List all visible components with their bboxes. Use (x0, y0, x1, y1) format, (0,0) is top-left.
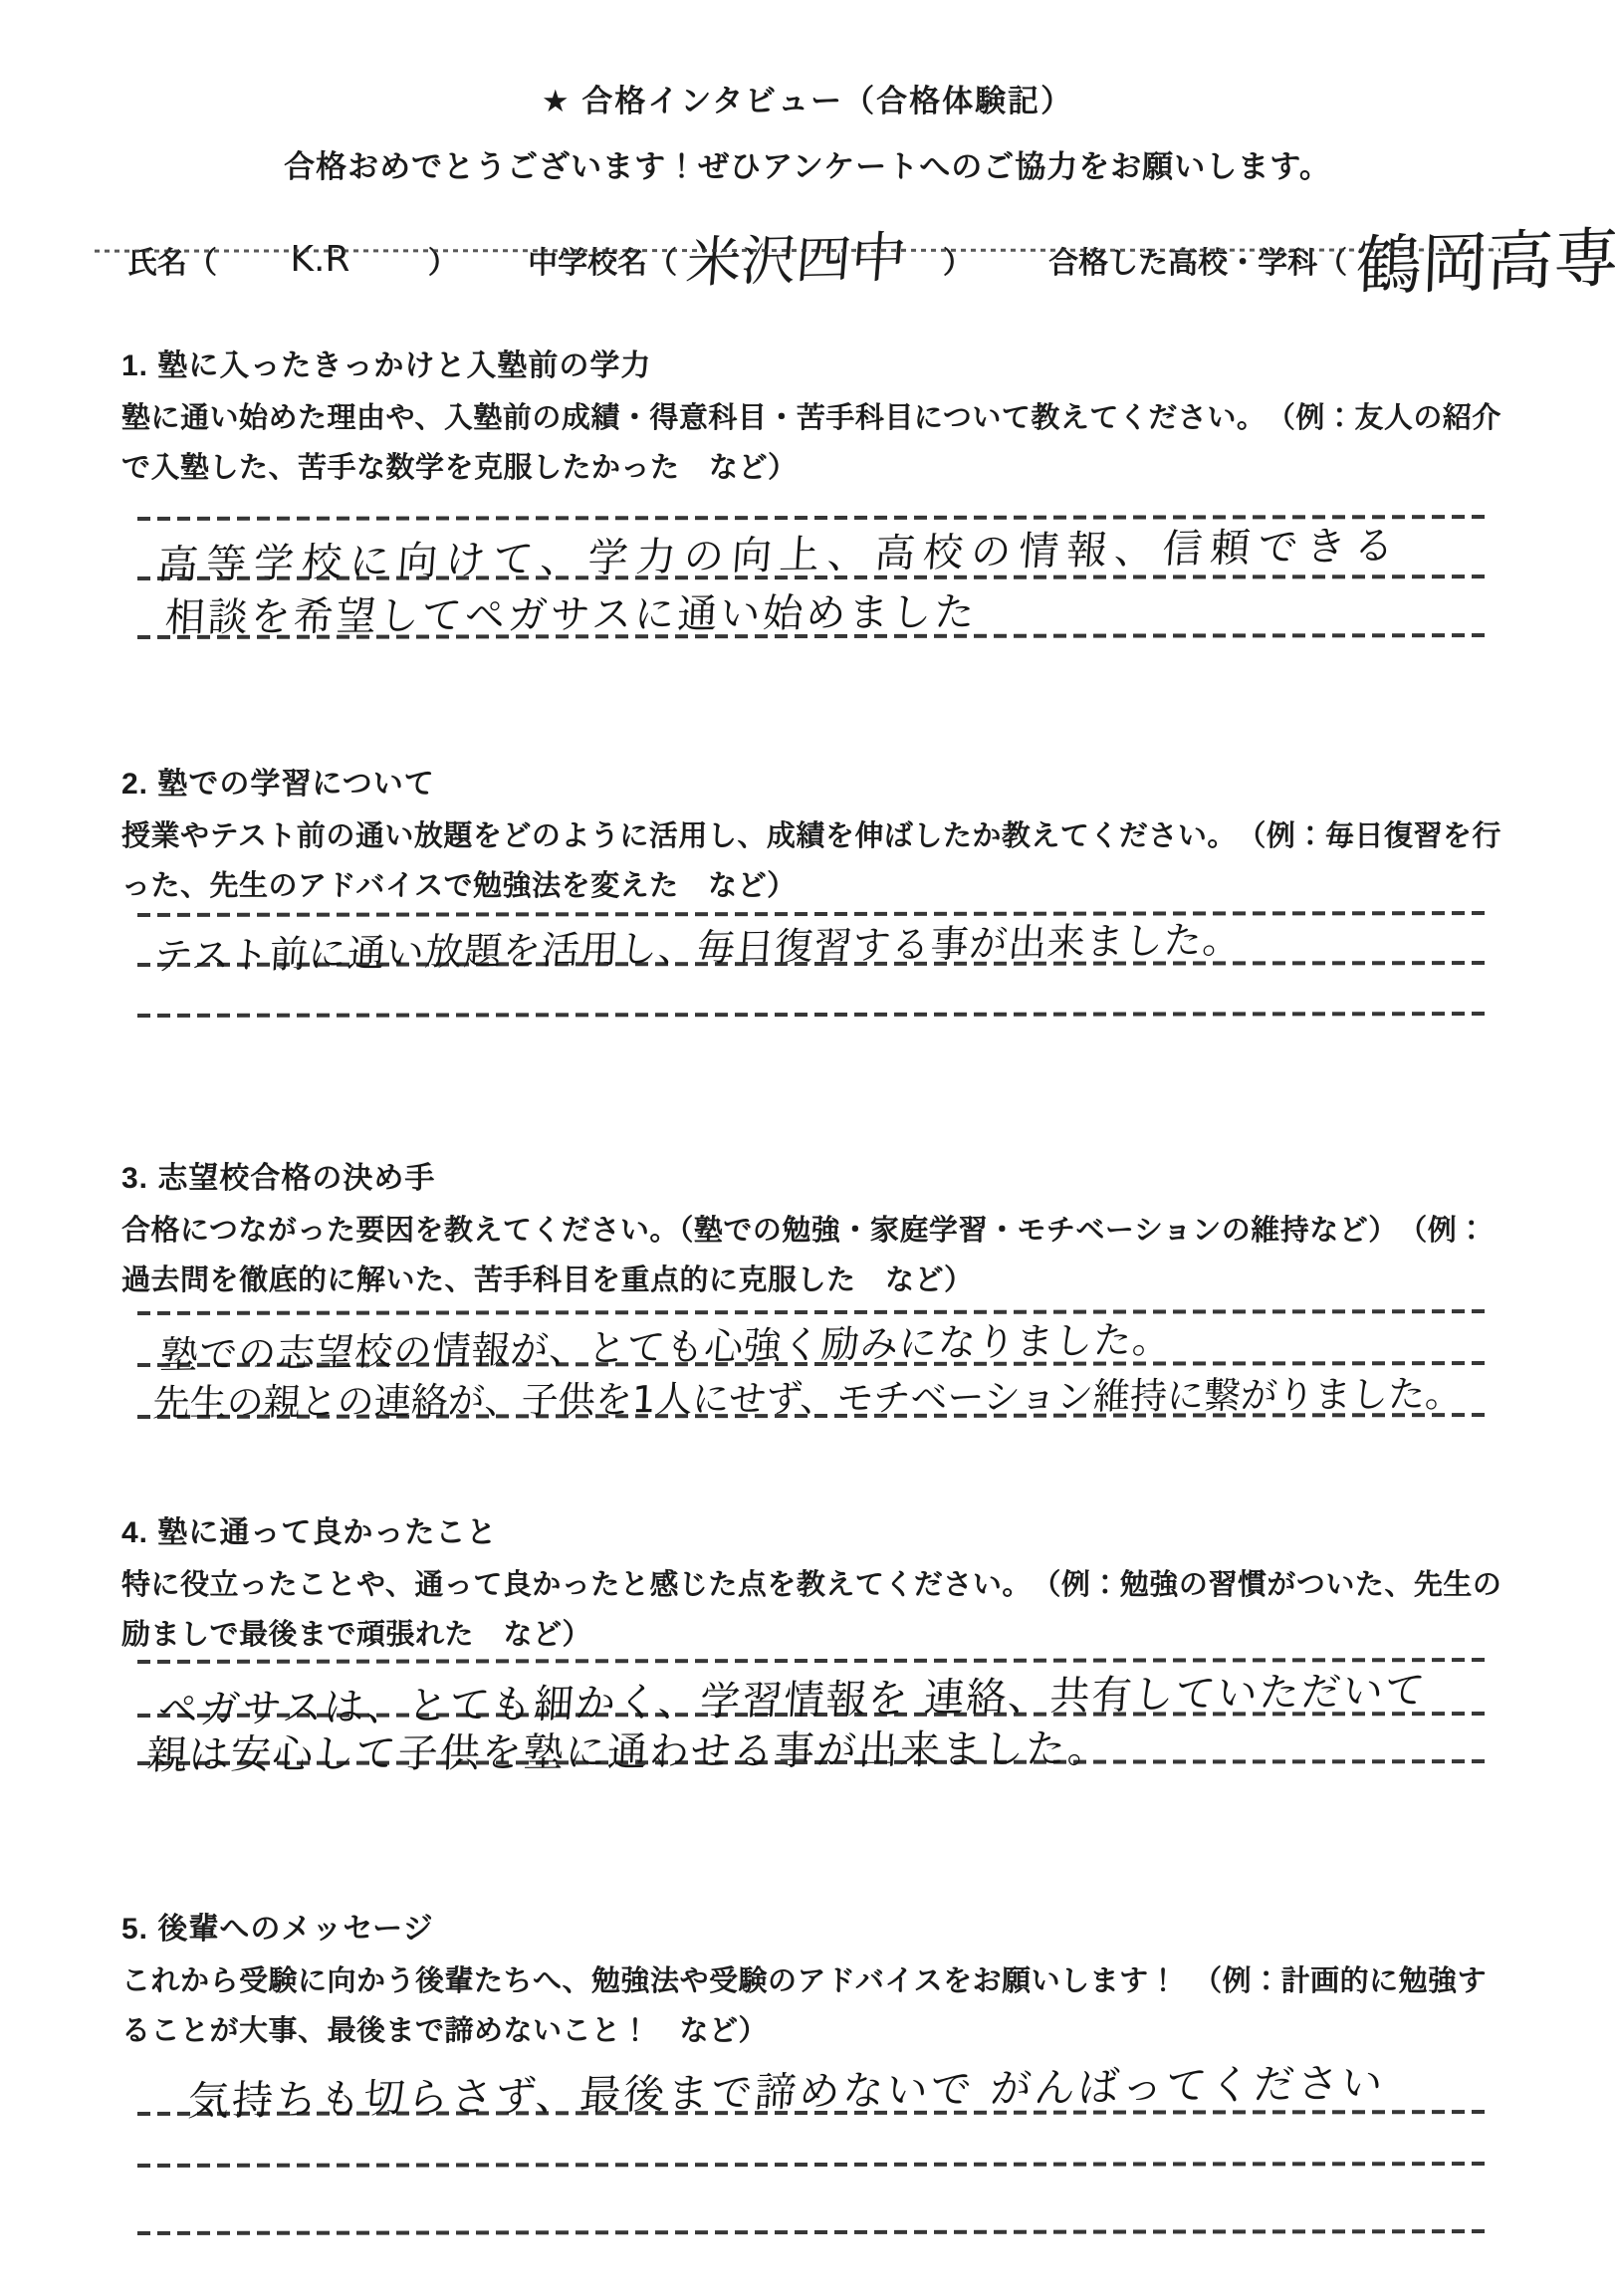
section-2-number: 2. (121, 768, 148, 801)
section-1-answer-area: 高等学校に向けて、学力の向上、高校の情報、信頼できる 相談を希望してペガサスに通… (137, 516, 1492, 639)
section-3-number: 3. (121, 1162, 148, 1195)
name-close-paren: ） (428, 238, 458, 282)
section-2-heading: 2. 塾での学習について (121, 759, 1515, 803)
middle-school-close-paren: ） (943, 238, 973, 282)
section-1-description: 塾に通い始めた理由や、入塾前の成績・得意科目・苦手科目について教えてください。 … (121, 393, 1515, 493)
section-3-answer-line-2: 先生の親との連絡が、子供を1人にせず、モチベーション維持に繋がりました。 (152, 1363, 1464, 1426)
high-school-value-handwritten: 鶴岡高専 (1354, 204, 1615, 308)
section-3-title: 志望校合格の決め手 (157, 1162, 435, 1195)
middle-school-value-handwritten: 米沢四中 (684, 213, 910, 298)
page-title: ★ 合格インタビュー（合格体験記） (0, 76, 1615, 120)
section-4-answer-area: ペガサスは、とても細かく、学習情報を 連絡、共有していただいて 親は安心して子供… (137, 1659, 1492, 1762)
section-1-number: 1. (121, 349, 148, 382)
middle-school-label: 中学校名（ (528, 238, 677, 282)
star-icon: ★ (542, 84, 572, 118)
section-4: 4. 塾に通って良かったこと 特に役立ったことや、通って良かったと感じた点を教え… (121, 1507, 1515, 1660)
section-5-number: 5. (121, 1913, 148, 1946)
section-4-title: 塾に通って良かったこと (157, 1516, 497, 1549)
section-3-heading: 3. 志望校合格の決め手 (121, 1153, 1515, 1197)
name-label: 氏名（ (127, 238, 217, 282)
section-5-answer-area: 気持ちも切らさず、最後まで諦めないで がんばってください (137, 2057, 1492, 2234)
page-title-text: 合格インタビュー（合格体験記） (581, 84, 1073, 118)
ruled-line (137, 1012, 1492, 1018)
section-4-answer-line-2: 親は安心して子供を塾に通わせる事が出来ました。 (146, 1718, 1111, 1781)
section-1-answer-line-2: 相談を希望してペガサスに通い始めました (164, 580, 979, 643)
section-1-heading: 1. 塾に入ったきっかけと入塾前の学力 (121, 341, 1515, 384)
section-4-heading: 4. 塾に通って良かったこと (121, 1507, 1515, 1551)
section-5: 5. 後輩へのメッセージ これから受験に向かう後輩たちへ、勉強法や受験のアドバイ… (121, 1904, 1515, 2056)
ruled-line (137, 2162, 1492, 2168)
section-4-number: 4. (121, 1516, 148, 1549)
high-school-label: 合格した高校・学科（ (1048, 238, 1347, 282)
identity-row: 氏名（ K.R ） 中学校名（ 米沢四中 ） 合格した高校・学科（ 鶴岡高専 ） (127, 197, 1521, 292)
section-2-title: 塾での学習について (157, 768, 434, 801)
section-5-answer-line-1: 気持ちも切らさず、最後まで諦めないで がんばってください (186, 2050, 1387, 2128)
name-value-handwritten: K.R (290, 239, 349, 280)
section-5-title: 後輩へのメッセージ (157, 1913, 433, 1946)
scanned-questionnaire-page: ★ 合格インタビュー（合格体験記） 合格おめでとうございます！ぜひアンケートへの… (0, 0, 1615, 2296)
ruled-line (137, 2229, 1492, 2235)
section-3: 3. 志望校合格の決め手 合格につながった要因を教えてください。（塾での勉強・家… (121, 1153, 1515, 1305)
section-1-title: 塾に入ったきっかけと入塾前の学力 (157, 349, 651, 382)
section-2-description: 授業やテスト前の通い放題をどのように活用し、成績を伸ばしたか教えてください。 （… (121, 811, 1515, 911)
section-2-answer-line-1: テスト前に通い放題を活用し、毎日復習する事が出来ました。 (152, 908, 1244, 980)
page-subtitle: 合格おめでとうございます！ぜひアンケートへのご協力をお願いします。 (0, 141, 1615, 186)
section-5-description: これから受験に向かう後輩たちへ、勉強法や受験のアドバイスをお願いします！ （例：… (121, 1956, 1515, 2056)
section-5-heading: 5. 後輩へのメッセージ (121, 1904, 1515, 1948)
section-3-description: 合格につながった要因を教えてください。（塾での勉強・家庭学習・モチベーションの維… (121, 1206, 1515, 1305)
section-2-answer-area: テスト前に通い放題を活用し、毎日復習する事が出来ました。 (137, 912, 1492, 1018)
section-2: 2. 塾での学習について 授業やテスト前の通い放題をどのように活用し、成績を伸ば… (121, 759, 1515, 911)
section-3-answer-area: 塾での志望校の情報が、とても心強く励みになりました。 先生の親との連絡が、子供を… (137, 1310, 1492, 1418)
section-4-description: 特に役立ったことや、通って良かったと感じた点を教えてください。 （例：勉強の習慣… (121, 1560, 1515, 1660)
section-1: 1. 塾に入ったきっかけと入塾前の学力 塾に通い始めた理由や、入塾前の成績・得意… (121, 341, 1515, 493)
